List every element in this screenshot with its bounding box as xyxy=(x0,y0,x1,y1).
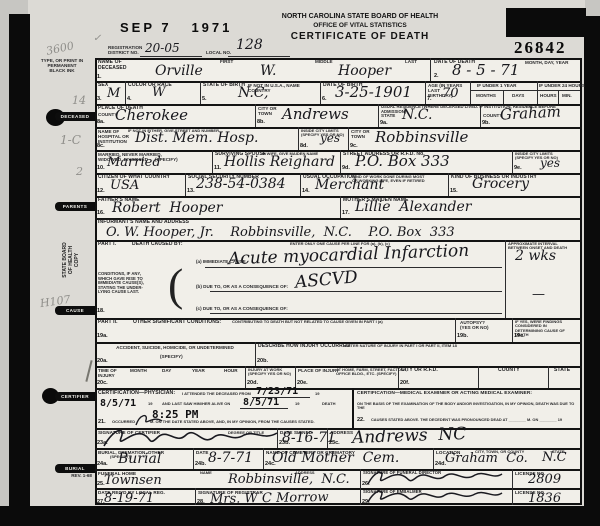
funeral-name-tick: NAME xyxy=(200,471,212,475)
pod-city-value: Andrews xyxy=(282,107,349,122)
father-name-value: Robert Hooper xyxy=(112,201,222,215)
describe-injury-tick: ENTER NATURE OF INJURY IN PART I OR PART… xyxy=(345,344,457,348)
field-number: 9b. xyxy=(482,120,490,126)
pencil-note-14: 14 xyxy=(72,94,86,107)
pencil-note-1c: 1-C xyxy=(60,133,81,147)
autopsy-label: AUTOPSY? (YES OR NO) xyxy=(460,320,489,330)
months-tick: MONTHS xyxy=(476,93,496,98)
field-number: 23c. xyxy=(329,440,340,446)
first-tick: FIRST xyxy=(220,59,233,64)
field-number: 15. xyxy=(450,188,458,194)
rule xyxy=(470,90,580,91)
year-tick: YEAR xyxy=(192,368,205,373)
tab-certifier: CERTIFIER xyxy=(55,392,95,401)
divider xyxy=(263,448,264,469)
field-number: 20b. xyxy=(257,358,268,364)
rule xyxy=(95,196,582,198)
last-saw-text: AND LAST SAW HIM/HER ALIVE ON xyxy=(162,402,230,406)
divider xyxy=(537,81,538,104)
year-19-text: 19 xyxy=(148,402,152,406)
divider xyxy=(505,240,506,318)
divider xyxy=(295,366,296,388)
attended-text: I ATTENDED THE DECEASED FROM xyxy=(182,392,251,396)
divider xyxy=(433,448,434,469)
examiner-pronounced-text: CAUSES STATED ABOVE. THE DECEDENT WAS PR… xyxy=(371,418,577,422)
underline xyxy=(228,56,290,57)
divider xyxy=(360,488,361,505)
field-number: 20c. xyxy=(97,380,108,386)
rule xyxy=(210,313,502,314)
name-of-deceased-label: NAME OF DECEASED xyxy=(98,60,127,72)
divider xyxy=(378,104,379,127)
field-number: 21. xyxy=(98,419,106,425)
pencil-check-mark: ✓ xyxy=(93,33,101,44)
pod-county-value: Cherokee xyxy=(115,108,188,123)
field-number: 16. xyxy=(97,210,105,216)
date-signed-value: 8-16-71 xyxy=(282,431,336,445)
field-number: 20a. xyxy=(97,358,108,364)
res-city-label: CITY OR TOWN xyxy=(351,129,370,139)
field-number: 14. xyxy=(302,188,310,194)
time-of-injury-label: TIME OF INJURY xyxy=(98,368,117,378)
divider xyxy=(212,150,213,173)
field-number: 2. xyxy=(434,73,439,79)
tab-deceased: DECEASED xyxy=(55,112,95,121)
field-number: 4. xyxy=(127,96,132,102)
divider xyxy=(255,342,256,366)
embalmer-signature xyxy=(365,488,505,506)
divider xyxy=(455,318,456,342)
embalmer-license-value: 1836 xyxy=(528,492,561,505)
local-no-value: 128 xyxy=(236,38,263,52)
divider xyxy=(512,469,513,488)
field-number: 9d. xyxy=(342,165,350,171)
divider xyxy=(512,318,513,342)
last-alive-date: 8/5/71 xyxy=(243,397,279,408)
attended-to-date: 8/5/71 xyxy=(100,398,136,409)
injury-at-work-label: INJURY AT WORK (SPECIFY YES OR NO) xyxy=(248,368,291,377)
field-number: 9a. xyxy=(380,120,388,126)
field-number: 20f. xyxy=(400,380,409,386)
hospital-label: NAME OF HOSPITAL OR INSTITUTION xyxy=(98,129,129,144)
divider xyxy=(478,366,479,388)
due-to-c-label: (c) DUE TO, OR AS A CONSEQUENCE OF: xyxy=(196,306,288,311)
injury-state-label: STATE xyxy=(554,368,570,374)
field-number: 22. xyxy=(357,417,365,423)
rule xyxy=(95,488,582,490)
divider xyxy=(298,127,299,150)
hours-tick: HOURS xyxy=(540,93,557,98)
field-number: 19a. xyxy=(97,333,108,339)
place-of-injury-label: PLACE OF INJURY xyxy=(298,368,339,373)
field-number: 13. xyxy=(187,188,195,194)
describe-injury-label: DESCRIBE HOW INJURY OCCURRED xyxy=(258,344,350,350)
field-number: 9c. xyxy=(350,143,358,149)
accident-tick: (SPECIFY) xyxy=(160,354,183,359)
divider xyxy=(185,173,186,196)
if-under-24-hours-label: IF UNDER 24 HOURS xyxy=(539,83,585,88)
res-state-value: N.C. xyxy=(402,108,432,122)
office-name: OFFICE OF VITAL STATISTICS xyxy=(250,22,470,29)
injury-city-label: CITY OR R.F.D. xyxy=(401,368,438,374)
injury-county-label: COUNTY xyxy=(498,368,520,374)
burial-date-value: 8-7-71 xyxy=(208,451,253,465)
death-caused-by-label: DEATH CAUSED BY: xyxy=(132,242,183,248)
surviving-spouse-value: Hollis Reighard xyxy=(224,155,335,169)
certification-examiner-title: CERTIFICATION—MEDICAL EXAMINER OR ACTING… xyxy=(357,391,577,397)
field-number: 24b. xyxy=(195,461,206,467)
funeral-director-signature xyxy=(365,468,505,488)
date-of-birth-value: 3-25-1901 xyxy=(335,85,412,100)
field-number: 8a. xyxy=(97,119,105,125)
field-number: 17. xyxy=(342,210,350,216)
field-number: 10. xyxy=(97,165,105,171)
divider xyxy=(503,90,504,104)
examiner-basis-text: ON THE BASIS OF THE EXAMINATION OF THE B… xyxy=(357,402,577,411)
race-value: W xyxy=(152,86,165,99)
scan-black-band-bottom xyxy=(0,506,600,526)
res-city-value: Robbinsville xyxy=(375,130,468,145)
divider xyxy=(548,366,549,388)
divider xyxy=(320,81,321,104)
location-state-value: N.C xyxy=(542,451,567,464)
occurred-statement: M. ON THE DATE STATED ABOVE, AND, IN MY … xyxy=(150,420,348,424)
field-number: 11. xyxy=(214,165,221,171)
registration-district-label: REGISTRATION DISTRICT NO. xyxy=(108,45,142,55)
last-name-value: Hooper xyxy=(338,64,391,78)
first-name-value: Orville xyxy=(155,64,203,78)
certifier-signature xyxy=(100,426,280,450)
divider xyxy=(448,173,449,196)
attended-from-date: 7/23/71 xyxy=(256,386,298,397)
registration-district-value: 20-05 xyxy=(145,42,180,54)
field-number: 6. xyxy=(322,96,327,102)
field-number: 18. xyxy=(97,308,105,314)
hospital-value: Dist. Mem. Hosp. xyxy=(135,131,258,145)
field-number: 12. xyxy=(97,188,105,194)
field-number: 8c. xyxy=(97,143,105,149)
tab-cause: CAUSE xyxy=(55,306,95,315)
field-number: 19c. xyxy=(514,333,525,339)
field-number: 24a. xyxy=(97,461,108,467)
date-received-value: 8-19-71 xyxy=(104,492,154,505)
field-number: 1. xyxy=(97,74,102,80)
if-under-1-year-label: IF UNDER 1 YEAR xyxy=(477,83,516,88)
field-number: 7. xyxy=(427,96,432,102)
inside-city-limits-value-2: yes xyxy=(540,157,560,169)
field-number: 19b. xyxy=(457,333,468,339)
board-name: NORTH CAROLINA STATE BOARD OF HEALTH xyxy=(250,13,470,20)
divider xyxy=(425,81,426,104)
pod-city-label: CITY OR TOWN xyxy=(258,106,277,116)
hour-tick: HOUR xyxy=(224,368,238,373)
burial-date-label: DATE xyxy=(196,450,209,455)
divider xyxy=(195,488,196,505)
scan-black-band-left xyxy=(9,14,30,508)
field-number: 3. xyxy=(97,96,102,102)
divider xyxy=(300,173,301,196)
citizen-value: USA xyxy=(110,179,139,192)
field-number: 9e. xyxy=(514,165,522,171)
conditions-note: CONDITIONS, IF ANY, WHICH GAVE RISE TO I… xyxy=(98,272,144,295)
marital-status-value: Married xyxy=(107,156,161,169)
certifier-address-label: ADDRESS xyxy=(330,430,353,435)
accident-label: ACCIDENT, SUICIDE, HOMICIDE, OR UNDETERM… xyxy=(110,345,240,350)
scan-black-corner-top-right xyxy=(506,8,586,37)
pencil-note-2: 2 xyxy=(76,165,83,178)
res-state-label: STATE xyxy=(381,113,395,118)
age-value: 70 xyxy=(442,87,459,100)
inside-city-limits-value: yes xyxy=(320,132,340,144)
state-board-copy-note: STATE BOARD OF HEALTH COPY xyxy=(62,232,80,288)
certificate-title: CERTIFICATE OF DEATH xyxy=(250,31,470,42)
year-19-text: 19 xyxy=(295,402,299,406)
rule xyxy=(95,469,582,471)
divider xyxy=(348,127,349,150)
due-to-b-interval: — xyxy=(532,288,545,301)
last-tick: LAST xyxy=(405,59,417,64)
field-number: 5. xyxy=(202,96,207,102)
due-to-b-label: (b) DUE TO, OR AS A CONSEQUENCE OF: xyxy=(196,284,288,289)
month-tick: MONTH xyxy=(130,368,147,373)
tab-burial: BURIAL xyxy=(55,464,95,473)
location-city-value: Graham Co. xyxy=(445,452,528,465)
divider xyxy=(193,448,194,469)
divider xyxy=(430,58,431,81)
field-number: 20e. xyxy=(297,380,308,386)
scanned-death-certificate: ✓ 3600 14 1-C 2 H107 TYPE, OR PRINT IN P… xyxy=(0,0,600,526)
certifier-address-value: Andrews NC xyxy=(352,426,467,447)
date-of-death-value: 8 - 5 - 71 xyxy=(452,63,519,78)
min-tick: MIN. xyxy=(562,93,572,98)
registrar-signature-value: Mrs. W C Morrow xyxy=(210,491,329,506)
rule xyxy=(240,408,288,409)
res-county-value: Graham xyxy=(500,104,562,122)
place-of-injury-tick: AT HOME, FARM, STREET, FACTORY, OFFICE B… xyxy=(336,368,407,377)
middle-tick: MIDDLE xyxy=(315,59,333,64)
received-date-stamp: SEP 7 1971 xyxy=(120,20,232,35)
occupation-value: Merchant xyxy=(315,178,384,192)
street-address-value: P.O. Box 333 xyxy=(355,154,450,169)
director-license-value: 2809 xyxy=(528,473,561,486)
certification-physician-title: CERTIFICATION—PHYSICIAN: xyxy=(98,391,175,397)
divider xyxy=(125,81,126,104)
field-number: 8d. xyxy=(300,143,308,149)
immediate-cause-interval: 2 wks xyxy=(515,249,556,263)
ssn-value: 238-54-0384 xyxy=(196,177,286,191)
part1-label: PART I. xyxy=(98,242,116,248)
middle-name-value: W. xyxy=(260,64,276,78)
certificate-number: 26842 xyxy=(514,38,567,58)
divider xyxy=(200,81,201,104)
burial-type-value: Burial xyxy=(118,452,161,466)
other-conditions-tick: CONTRIBUTING TO DEATH BUT NOT RELATED TO… xyxy=(232,320,383,324)
days-tick: DAYS xyxy=(512,93,524,98)
mother-name-value: Lillie Alexander xyxy=(355,200,471,214)
cemetery-value: Old Mother Cem. xyxy=(272,451,399,465)
divider xyxy=(245,366,246,388)
funeral-address-value: Robbinsville, N.C. xyxy=(228,473,350,486)
industry-value: Grocery xyxy=(472,177,529,191)
informant-value: O. W. Hooper, Jr. Robbinsville, N.C. P.O… xyxy=(106,226,455,239)
local-no-label: LOCAL NO. xyxy=(206,50,231,55)
rule xyxy=(95,150,582,152)
other-conditions-label: OTHER SIGNIFICANT CONDITIONS: xyxy=(133,320,221,326)
scan-black-band-right xyxy=(584,16,600,506)
field-number: 8b. xyxy=(257,119,265,125)
rule xyxy=(210,291,502,292)
day-tick: DAY xyxy=(162,368,171,373)
tab-parents: PARENTS xyxy=(55,202,95,211)
date-of-death-tick: MONTH, DAY, YEAR xyxy=(525,60,568,65)
divider xyxy=(255,104,256,127)
divider xyxy=(360,469,361,488)
death-word: DEATH xyxy=(322,402,335,406)
sex-value: M xyxy=(107,87,120,100)
underline xyxy=(140,56,202,57)
divider xyxy=(340,196,341,218)
brace-glyph: ( xyxy=(168,258,183,311)
field-number: 28. xyxy=(197,499,205,505)
year-19-text: 19 xyxy=(315,392,319,396)
divider xyxy=(512,150,513,173)
state-of-birth-value: N.C, xyxy=(238,86,268,100)
divider xyxy=(512,488,513,505)
divider xyxy=(340,150,341,173)
divider xyxy=(352,388,354,428)
part2-label: PART II. xyxy=(98,320,118,326)
funeral-home-value: Townsen xyxy=(104,474,162,487)
ink-instruction-note: TYPE, OR PRINT IN PERMANENT BLACK INK xyxy=(33,58,91,73)
